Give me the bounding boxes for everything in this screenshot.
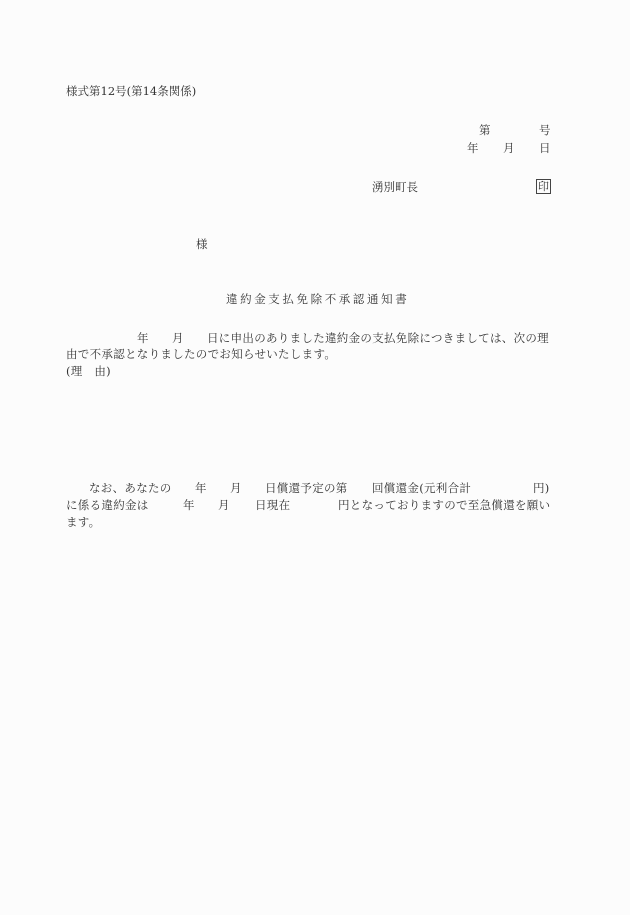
issuer-name: 湧別町長: [372, 179, 418, 195]
document-number-suffix: 号: [539, 122, 551, 138]
form-label: 様式第12号(第14条関係): [66, 83, 196, 99]
body-month: 月: [172, 330, 184, 346]
date-month: 月: [503, 140, 515, 156]
date-day: 日: [539, 140, 551, 156]
note-line1-yen: 円): [533, 480, 550, 496]
note-line1-year: 年: [195, 480, 207, 496]
note-line3: ます。: [66, 514, 100, 530]
body-line1-text: 日に申出のありました違約金の支払免除につきましては、次の理: [207, 330, 549, 346]
note-line2-start: に係る違約金は: [66, 497, 149, 513]
document-number-prefix: 第: [479, 122, 491, 138]
document-title: 違約金支払免除不承認通知書: [226, 291, 409, 307]
note-line2-day-text: 日現在: [255, 497, 290, 513]
body-year: 年: [137, 330, 149, 346]
body-line2-text: 由で不承認となりましたのでお知らせいたします。: [66, 346, 336, 362]
note-line2-month: 月: [218, 497, 230, 513]
note-line2-year: 年: [183, 497, 195, 513]
reason-label: (理 由): [66, 363, 111, 379]
recipient-honorific: 様: [196, 236, 208, 252]
note-line1-day-text: 日償還予定の第: [265, 480, 348, 496]
note-line1-start: なお、あなたの: [89, 480, 172, 496]
seal-mark: 印: [536, 178, 551, 194]
note-line1-month: 月: [230, 480, 242, 496]
note-line1-times: 回償還金(元利合計: [372, 480, 471, 496]
note-line2-rest: 円となっておりますので至急償還を願い: [338, 497, 550, 513]
date-year: 年: [467, 140, 479, 156]
seal-icon: 印: [536, 179, 551, 194]
